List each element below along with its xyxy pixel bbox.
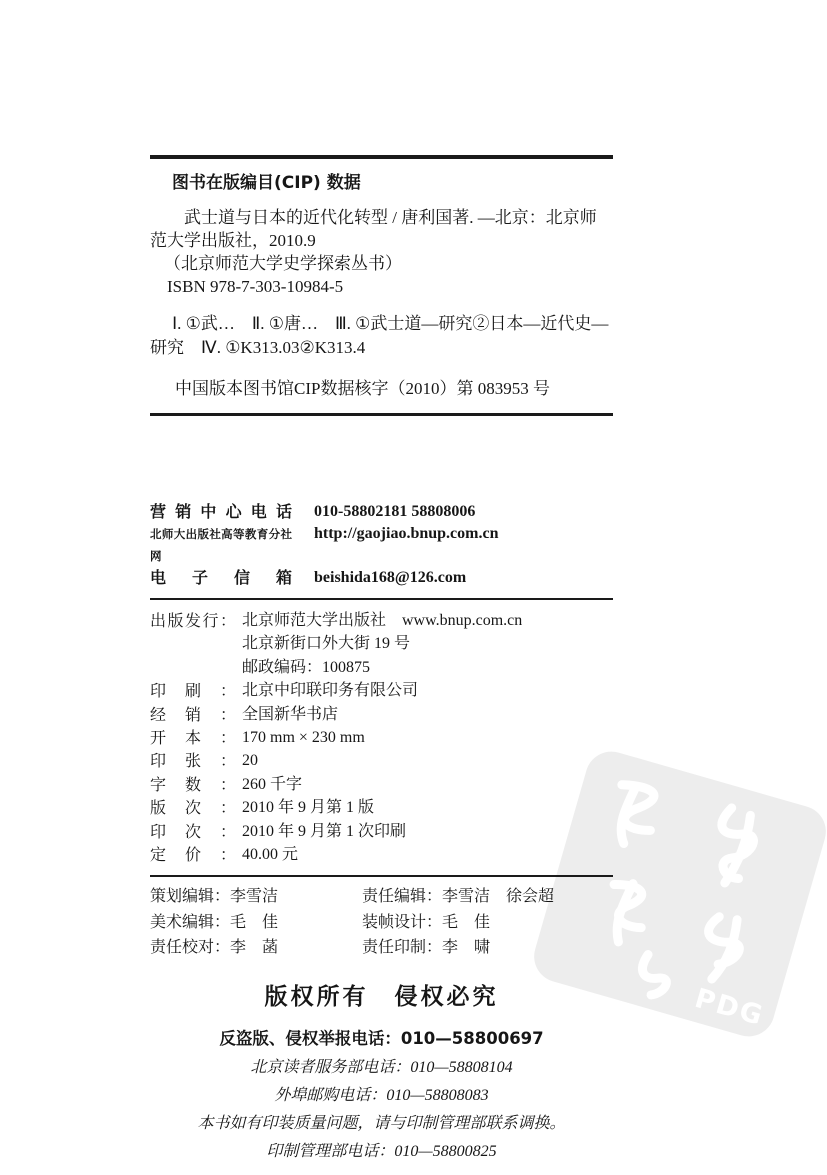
contact-value: 010-58802181 58808006 <box>314 501 475 523</box>
contact-row: 营销中心电话 010-58802181 58808006 <box>150 501 613 523</box>
publishing-value: 2010 年 9 月第 1 版 <box>242 796 374 819</box>
editor-name: 毛 佳 <box>230 914 278 931</box>
cip-registry-number: 中国版本图书馆CIP数据核字（2010）第 083953 号 <box>150 377 613 401</box>
editor-entry: 责任印制：李 啸 <box>362 935 613 961</box>
contact-row: 电子信箱 beishida168@126.com <box>150 567 613 589</box>
editor-name: 李 菡 <box>230 939 278 956</box>
publishing-value: 20 <box>242 749 258 772</box>
publishing-label: 字数： <box>150 773 236 796</box>
publishing-label: 印次： <box>150 820 236 843</box>
publishing-row: 印刷： 北京中印联印务有限公司 <box>150 679 613 702</box>
publishing-value: 全国新华书店 <box>242 703 338 726</box>
editor-entry: 策划编辑：李雪洁 <box>150 884 362 910</box>
reader-service-phone: 北京读者服务部电话：010—58808104 <box>150 1054 613 1082</box>
print-dept-phone: 印制管理部电话：010—58800825 <box>150 1138 613 1166</box>
editor-name: 李雪洁 徐会超 <box>442 888 554 905</box>
publishing-value: 北京师范大学出版社 www.bnup.com.cn <box>242 609 522 632</box>
publishing-label <box>150 632 236 655</box>
editor-name: 李 啸 <box>442 939 490 956</box>
editor-name: 毛 佳 <box>442 914 490 931</box>
top-rule <box>150 155 613 159</box>
copyright-notice-title: 版权所有 侵权必究 <box>150 978 613 1011</box>
publishing-label: 定价： <box>150 843 236 866</box>
publishing-value: 260 千字 <box>242 773 302 796</box>
mail-order-phone: 外埠邮购电话：010—58808083 <box>150 1082 613 1110</box>
publishing-row: 定价： 40.00 元 <box>150 843 613 866</box>
publishing-row: 印张： 20 <box>150 749 613 772</box>
contact-label: 电子信箱 <box>150 567 292 589</box>
publishing-block: 出版发行： 北京师范大学出版社 www.bnup.com.cn 北京新街口外大街… <box>150 609 613 866</box>
publishing-label <box>150 656 236 679</box>
editor-role: 美术编辑： <box>150 912 230 931</box>
publishing-row: 开本： 170 mm × 230 mm <box>150 726 613 749</box>
publishing-row: 版次： 2010 年 9 月第 1 版 <box>150 796 613 819</box>
contact-value: beishida168@126.com <box>314 567 466 589</box>
editor-role: 装帧设计： <box>362 912 442 931</box>
publishing-label: 经销： <box>150 703 236 726</box>
publishing-value: 北京新街口外大街 19 号 <box>242 632 410 655</box>
contact-label: 北师大出版社高等教育分社网 <box>150 523 292 567</box>
publishing-label: 出版发行： <box>150 609 236 632</box>
publishing-value: 170 mm × 230 mm <box>242 726 365 749</box>
print-quality-note: 本书如有印装质量问题，请与印制管理部联系调换。 <box>150 1110 613 1138</box>
editor-name: 李雪洁 <box>230 888 278 905</box>
contact-value: http://gaojiao.bnup.com.cn <box>314 523 498 567</box>
publishing-row: 北京新街口外大街 19 号 <box>150 632 613 655</box>
publishing-value: 40.00 元 <box>242 843 298 866</box>
divider-rule <box>150 413 613 416</box>
publishing-row: 字数： 260 千字 <box>150 773 613 796</box>
editor-role: 责任编辑： <box>362 886 442 905</box>
publishing-value: 邮政编码：100875 <box>242 656 370 679</box>
publishing-value: 2010 年 9 月第 1 次印刷 <box>242 820 406 843</box>
publishing-row: 出版发行： 北京师范大学出版社 www.bnup.com.cn <box>150 609 613 632</box>
publishing-label: 版次： <box>150 796 236 819</box>
cip-book-description: 武士道与日本的近代化转型 / 唐利国著. —北京：北京师范大学出版社，2010.… <box>150 206 613 252</box>
editor-entry: 装帧设计：毛 佳 <box>362 910 613 936</box>
editor-entry: 责任编辑：李雪洁 徐会超 <box>362 884 613 910</box>
divider-rule <box>150 875 613 877</box>
editor-role: 责任校对： <box>150 937 230 956</box>
contact-block: 营销中心电话 010-58802181 58808006 北师大出版社高等教育分… <box>150 501 613 589</box>
piracy-report-phone: 反盗版、侵权举报电话：010—58800697 <box>150 1025 613 1049</box>
copyright-page: PDG 图书在版编目(CIP) 数据 武士道与日本的近代化转型 / 唐利国著. … <box>0 0 827 1175</box>
page-content: 图书在版编目(CIP) 数据 武士道与日本的近代化转型 / 唐利国著. —北京：… <box>150 0 613 1166</box>
publishing-row: 印次： 2010 年 9 月第 1 次印刷 <box>150 820 613 843</box>
publishing-label: 印张： <box>150 749 236 772</box>
contact-row: 北师大出版社高等教育分社网 http://gaojiao.bnup.com.cn <box>150 523 613 567</box>
publishing-row: 邮政编码：100875 <box>150 656 613 679</box>
publishing-label: 开本： <box>150 726 236 749</box>
editor-role: 策划编辑： <box>150 886 230 905</box>
publishing-row: 经销： 全国新华书店 <box>150 703 613 726</box>
cip-header: 图书在版编目(CIP) 数据 <box>172 168 613 193</box>
publishing-label: 印刷： <box>150 679 236 702</box>
editor-entry: 责任校对：李 菡 <box>150 935 362 961</box>
editors-block: 策划编辑：李雪洁 责任编辑：李雪洁 徐会超 美术编辑：毛 佳 装帧设计：毛 佳 … <box>150 884 613 961</box>
contact-label: 营销中心电话 <box>150 501 292 523</box>
cip-isbn: ISBN 978-7-303-10984-5 <box>150 275 613 299</box>
editor-entry: 美术编辑：毛 佳 <box>150 910 362 936</box>
publishing-value: 北京中印联印务有限公司 <box>242 679 418 702</box>
editor-role: 责任印制： <box>362 937 442 956</box>
divider-rule <box>150 598 613 600</box>
cip-classification: Ⅰ. ①武… Ⅱ. ①唐… Ⅲ. ①武士道—研究②日本—近代史—研究 Ⅳ. ①K… <box>150 312 613 360</box>
cip-series-title: （北京师范大学史学探索丛书） <box>150 252 613 275</box>
